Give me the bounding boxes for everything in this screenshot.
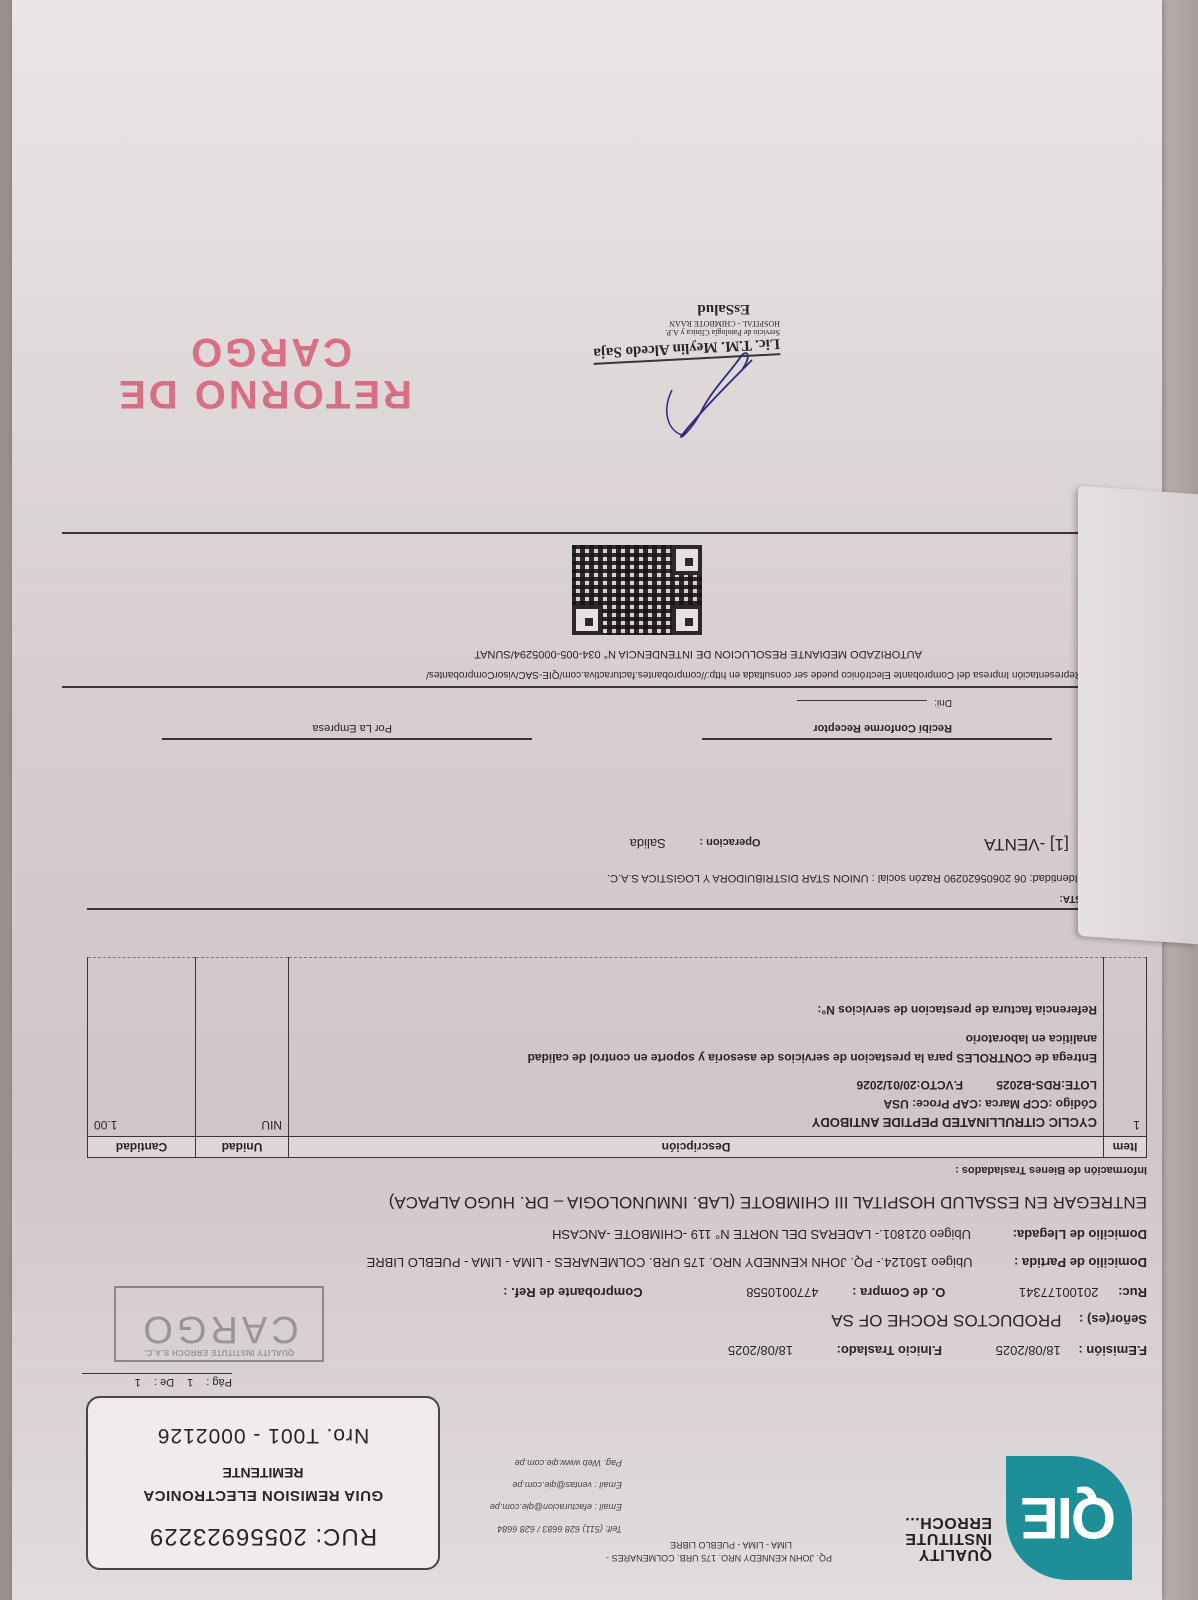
description-line: analitica en laboratorio	[295, 1029, 1097, 1048]
document-title: GUIA REMISION ELECTRONICA	[88, 1487, 438, 1504]
company-label: Por La Empresa	[313, 722, 392, 734]
cargo-stamp: QUALITY INSTITUTE ERROCH S.A.C. CARGO	[114, 1286, 324, 1362]
items-table: Item Descripción Unidad Cantidad 1 CYCLI…	[87, 957, 1147, 1158]
ruc-label: Ruc:	[1118, 1285, 1147, 1300]
table-row: 1 CYCLIC CITRULLINATED PEPTIDE ANTIBODY …	[88, 958, 1147, 1137]
transfer-reason-row: Traslado : [1] -VENTA Operacion : Salida	[630, 834, 1147, 854]
logo-text-line: QUALITY	[905, 1546, 992, 1562]
purchase-order-label: O. de Compra :	[852, 1285, 945, 1300]
qr-finder	[672, 545, 702, 575]
header-item: Item	[1104, 1137, 1147, 1158]
sunat-authorization-text: AUTORIZADO MEDIANTE RESOLUCION DE INTEND…	[474, 648, 922, 660]
company-signature-line	[162, 739, 532, 741]
qr-finder	[672, 605, 702, 635]
item-quantity: 1.00	[88, 958, 196, 1137]
items-section-title: Información de Bienes Trasladados :	[955, 1164, 1147, 1176]
essalud-logo-text: EsSalud	[593, 300, 780, 317]
header-unit: Unidad	[196, 1137, 289, 1158]
destination-address-row: Domicilio de Llegada: Ubigeo 021801.- LA…	[552, 1227, 1147, 1242]
dni-field-line	[797, 700, 927, 701]
qr-finder	[572, 605, 602, 635]
document-id-box: RUC: 20556923229 GUIA REMISION ELECTRONI…	[86, 1396, 440, 1570]
origin-label: Domicilio de Partida :	[1014, 1255, 1147, 1270]
legal-representation-text: Representación Impresa del Comprobante E…	[426, 669, 1082, 680]
address-line: PQ. JOHN KENNEDY NRO. 175 URB. COLMENARE…	[606, 1551, 832, 1564]
operation-label: Operacion :	[699, 836, 760, 848]
logo-text-line: INSTITUTE	[905, 1530, 992, 1546]
destination-address: Ubigeo 021801.- LADERAS DEL NORTE N° 119…	[552, 1227, 971, 1242]
emission-label: F.Emisión :	[1078, 1343, 1147, 1358]
dni-label: Dni:	[934, 697, 952, 708]
dashed-divider	[88, 957, 1147, 958]
customer-row: Señor(es) : PRODUCTOS ROCHE OF SA	[831, 1310, 1147, 1330]
destination-label: Domicilio de Llegada:	[1013, 1227, 1147, 1242]
delivery-instruction: ENTREGAR EN ESSALUD HOSPITAL III CHIMBOT…	[389, 1192, 1147, 1212]
operation-value: Salida	[630, 836, 666, 851]
document-subtitle: REMITENTE	[88, 1465, 438, 1481]
origin-address: Ubigeo 150124.- PQ. JOHN KENNEDY NRO. 17…	[367, 1255, 973, 1270]
description-line: Entrega de CONTROLES para la prestacion …	[295, 1048, 1097, 1067]
items-header-row: Item Descripción Unidad Cantidad	[88, 1137, 1147, 1158]
qie-logo-icon: QIE	[1006, 1456, 1132, 1580]
logo-text-line: ERROCH...	[905, 1514, 992, 1530]
description-line: Código :CCP Marca :CAP Proce: USA	[295, 1094, 1097, 1113]
dni-row: Dni:	[797, 697, 952, 708]
item-description: CYCLIC CITRULLINATED PEPTIDE ANTIBODY Có…	[289, 958, 1104, 1137]
legal-rule	[62, 687, 1082, 689]
receiver-hospital: HOSPITAL - CHIMBOTE RAAN	[593, 319, 780, 328]
phone-text: Telf: (511) 628 6683 / 628 6684	[490, 1518, 622, 1540]
handwritten-signature-icon	[652, 350, 772, 440]
emission-date-row: F.Emisión : 18/08/2025 F.Inicio Traslado…	[728, 1343, 1147, 1358]
header-description: Descripción	[289, 1137, 1104, 1158]
cargo-stamp-word: CARGO	[116, 1310, 322, 1348]
return-stamp: RETORNO DE CARGO	[116, 331, 412, 415]
return-stamp-line: CARGO	[116, 331, 412, 373]
receptor-signature-line	[702, 739, 1052, 741]
folded-paper-flap	[1078, 486, 1198, 944]
table-bottom-border	[88, 957, 1147, 958]
document-number: Nro. T001 - 0002126	[88, 1423, 438, 1447]
carrier-info: 01-pública N° Identidad: 06 20605620290 …	[607, 872, 1147, 884]
item-number: 1	[1104, 958, 1147, 1137]
logo-text: QUALITY INSTITUTE ERROCH...	[905, 1514, 992, 1562]
bottom-rule	[62, 533, 1082, 535]
description-line: CYCLIC CITRULLINATED PEPTIDE ANTIBODY	[295, 1113, 1097, 1132]
issuer-address: PQ. JOHN KENNEDY NRO. 175 URB. COLMENARE…	[606, 1538, 832, 1564]
email-text: Email : ventas@qie.com.pe	[490, 1474, 622, 1496]
page-indicator: Pág : 1 De : 1	[82, 1373, 232, 1388]
qr-code-icon	[572, 545, 702, 635]
page-current: 1	[187, 1376, 193, 1388]
transfer-reason: [1] -VENTA	[984, 835, 1069, 854]
purchase-order: 4770010558	[746, 1285, 818, 1300]
reference-line: Referencia factura de prestacion de serv…	[295, 1000, 1097, 1019]
reference-doc-label: Comprobante de Ref. :	[503, 1285, 642, 1300]
transfer-start-label: F.Inicio Traslado:	[837, 1343, 942, 1358]
customer-label: Señor(es) :	[1079, 1312, 1147, 1327]
address-line: LIMA - LIMA - PUEBLO LIBRE	[606, 1538, 832, 1551]
emission-date: 18/08/2025	[996, 1343, 1061, 1358]
guia-remision-page: QIE QUALITY INSTITUTE ERROCH... PQ. JOHN…	[12, 0, 1162, 1600]
ruc-number: RUC: 20556923229	[88, 1522, 438, 1550]
page-label: Pág :	[206, 1376, 232, 1388]
description-line: LOTE:RDS-B2025 F.VCTO:20/01/2026	[295, 1075, 1097, 1094]
origin-address-row: Domicilio de Partida : Ubigeo 150124.- P…	[367, 1255, 1147, 1270]
ruc-row: Ruc: 20100177341 O. de Compra : 47700105…	[503, 1285, 1147, 1300]
page-total: 1	[135, 1376, 141, 1388]
receptor-label: Recibí Conforme Receptor	[813, 722, 952, 734]
item-unit: NIU	[196, 958, 289, 1137]
customer-ruc: 20100177341	[1019, 1285, 1099, 1300]
logo-mark: QIE	[1022, 1485, 1116, 1552]
transfer-start-date: 18/08/2025	[728, 1343, 793, 1358]
header-quantity: Cantidad	[88, 1137, 196, 1158]
issuer-contact: Telf: (511) 628 6683 / 628 6684 Email : …	[490, 1452, 622, 1540]
page-of-label: De :	[154, 1376, 174, 1388]
web-text: Pag. Web www.qie.com.pe	[490, 1452, 622, 1474]
customer-name: PRODUCTOS ROCHE OF SA	[831, 1311, 1061, 1330]
table-bottom-rule	[87, 908, 1147, 910]
return-stamp-line: RETORNO DE	[116, 373, 412, 415]
email-text: Email : efacturacion@qie.com.pe	[490, 1496, 622, 1518]
